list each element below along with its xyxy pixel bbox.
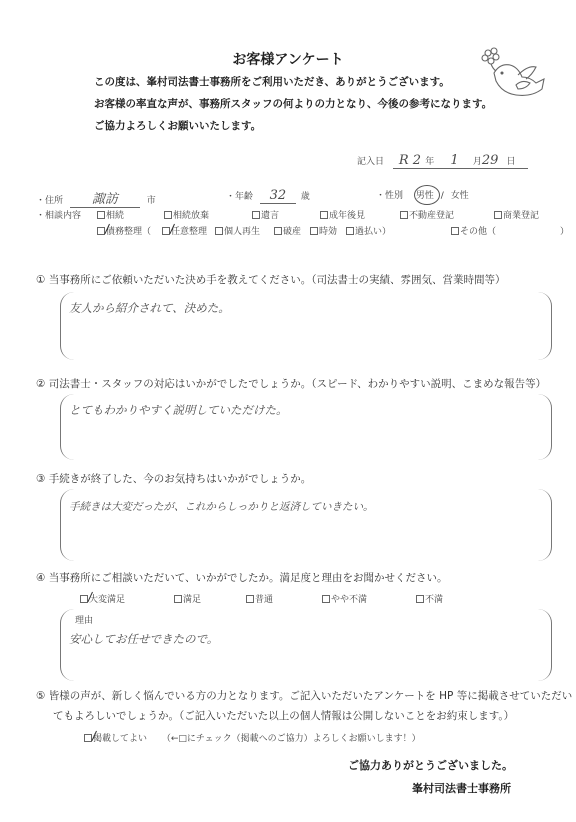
satisfaction-satisfied[interactable]: 満足 <box>174 592 201 605</box>
entry-date-label: 記入日 <box>357 157 384 167</box>
question-text: 手続きが終了した、今のお気持ちはいかがでしょうか。 <box>49 473 312 485</box>
day-suffix: 日 <box>507 157 516 167</box>
bird-with-flower-icon <box>478 45 558 101</box>
checkbox[interactable] <box>174 595 182 603</box>
age-input[interactable]: 32 <box>260 188 296 204</box>
consult-option-jikou[interactable]: 時効 <box>310 224 337 237</box>
answer-box-1[interactable]: 友人から紹介されて、決めた。 <box>60 292 552 360</box>
consult-option-saimu[interactable]: 債務整理（ <box>97 224 151 237</box>
consult-option-shougyou[interactable]: 商業登記 <box>494 208 539 221</box>
option-label: やや不満 <box>331 595 367 605</box>
gender-option-female[interactable]: 女性 <box>451 191 469 201</box>
option-label: 普通 <box>255 595 273 605</box>
age-suffix: 歳 <box>301 192 310 202</box>
option-label: 成年後見 <box>329 211 365 221</box>
intro-line-1: この度は、峯村司法書士事務所をご利用いただき、ありがとうございます。 <box>94 74 450 89</box>
checkbox[interactable] <box>252 211 260 219</box>
checkbox[interactable] <box>346 227 354 235</box>
answer-box-2[interactable]: とてもわかりやすく説明していただけた。 <box>60 394 552 460</box>
checkbox[interactable] <box>97 211 105 219</box>
question-number: ① <box>36 274 45 286</box>
consult-option-fudousan[interactable]: 不動産登記 <box>400 208 454 221</box>
option-label: 破産 <box>283 227 301 237</box>
option-label: 任意整理 <box>171 227 207 237</box>
consent-label: 掲載してよい <box>93 734 147 744</box>
consult-option-nini[interactable]: 任意整理 <box>162 224 207 237</box>
selection-circle-icon <box>414 185 440 205</box>
option-label: 遺言 <box>261 211 279 221</box>
question-3: ③ 手続きが終了した、今のお気持ちはいかがでしょうか。 <box>36 471 311 486</box>
question-number: ② <box>36 378 45 390</box>
address-label: ・住所 <box>36 196 63 206</box>
question-5-line-2: てもよろしいでしょうか。（ご記入いただいた以上の個人情報は公開しないことをお約束… <box>53 708 514 723</box>
answer-box-4[interactable]: 理由 安心してお任せできたので。 <box>60 609 552 681</box>
checkbox-checked[interactable] <box>80 595 88 603</box>
question-text: 当事務所にご相談いただいて、いかがでしたか。満足度と理由をお聞かせください。 <box>49 572 448 584</box>
answer-box-3[interactable]: 手続きは大変だったが、これからしっかりと返済していきたい。 <box>60 489 552 561</box>
office-name: 峯村司法書士事務所 <box>412 780 511 796</box>
option-label: 債務整理（ <box>106 227 151 237</box>
other-close-bracket: ） <box>560 224 569 237</box>
satisfaction-dissatisfied[interactable]: 不満 <box>416 592 443 605</box>
thanks-message: ご協力ありがとうございました。 <box>348 757 513 773</box>
question-2: ② 司法書士・スタッフの対応はいかがでしたでしょうか。（スピード、わかりやすい説… <box>36 376 546 391</box>
question-text: 司法書士・スタッフの対応はいかがでしたでしょうか。（スピード、わかりやすい説明、… <box>49 378 546 390</box>
address-suffix: 市 <box>147 196 156 206</box>
satisfaction-very-satisfied[interactable]: 大変満足 <box>80 592 125 605</box>
satisfaction-neutral[interactable]: 普通 <box>246 592 273 605</box>
checkbox-checked[interactable] <box>84 734 92 742</box>
checkbox[interactable] <box>310 227 318 235</box>
checkbox[interactable] <box>416 595 424 603</box>
publish-consent[interactable]: 掲載してよい （←□にチェック（掲載へのご協力）よろしくお願いします！） <box>84 731 421 744</box>
intro-line-2: お客様の率直な声が、事務所スタッフの何よりの力となり、今後の参考になります。 <box>94 96 492 111</box>
checkbox-checked[interactable] <box>97 227 105 235</box>
year-suffix: 年 <box>425 157 434 167</box>
gender-field: ・性別 男性 / 女性 <box>376 188 469 201</box>
answer-text: とてもわかりやすく説明していただけた。 <box>69 402 288 418</box>
option-label: 相続 <box>106 211 124 221</box>
consultation-label: ・相談内容 <box>36 208 81 221</box>
question-text: 当事務所にご依頼いただいた決め手を教えてください。（司法書士の実績、雰囲気、営業… <box>49 274 506 286</box>
question-number: ⑤ <box>36 690 45 702</box>
entry-date-field[interactable]: R 2 年 1 月29 日 <box>393 153 528 169</box>
option-label: 個人再生 <box>224 227 260 237</box>
checkbox[interactable] <box>274 227 282 235</box>
month-value: 1 <box>450 153 458 168</box>
checkbox[interactable] <box>400 211 408 219</box>
age-label: ・年齢 <box>226 192 253 202</box>
answer-text: 友人から紹介されて、決めた。 <box>69 300 230 316</box>
option-label: 満足 <box>183 595 201 605</box>
checkbox[interactable] <box>246 595 254 603</box>
era-year-value: R 2 <box>399 153 421 168</box>
option-label: 時効 <box>319 227 337 237</box>
reason-label: 理由 <box>75 613 93 626</box>
checkbox[interactable] <box>451 227 459 235</box>
answer-text: 安心してお任せできたので。 <box>69 631 218 647</box>
consult-option-seinen-kouken[interactable]: 成年後見 <box>320 208 365 221</box>
age-field: ・年齢 32 歳 <box>226 188 310 204</box>
answer-text: 手続きは大変だったが、これからしっかりと返済していきたい。 <box>69 499 374 514</box>
address-field: ・住所 諏訪 市 <box>36 188 156 208</box>
question-number: ③ <box>36 473 45 485</box>
consult-option-other[interactable]: その他（ <box>451 224 496 237</box>
checkbox[interactable] <box>494 211 502 219</box>
option-label: 大変満足 <box>89 595 125 605</box>
consult-option-yuigon[interactable]: 遺言 <box>252 208 279 221</box>
option-label: 不満 <box>425 595 443 605</box>
checkbox[interactable] <box>322 595 330 603</box>
option-label: 不動産登記 <box>409 211 454 221</box>
option-label: その他（ <box>460 227 496 237</box>
option-label: 過払い） <box>355 227 391 237</box>
gender-separator: / <box>441 191 444 201</box>
consult-option-hasan[interactable]: 破産 <box>274 224 301 237</box>
entry-date: 記入日 R 2 年 1 月29 日 <box>357 153 528 169</box>
consult-option-kojin-saisei[interactable]: 個人再生 <box>215 224 260 237</box>
gender-option-male[interactable]: 男性 <box>416 191 437 201</box>
question-4: ④ 当事務所にご相談いただいて、いかがでしたか。満足度と理由をお聞かせください。 <box>36 570 448 585</box>
option-label: 相続放棄 <box>173 211 209 221</box>
option-label: 商業登記 <box>503 211 539 221</box>
checkbox[interactable] <box>215 227 223 235</box>
question-number: ④ <box>36 572 45 584</box>
checkbox[interactable] <box>164 211 172 219</box>
intro-line-3: ご協力よろしくお願いいたします。 <box>94 118 261 133</box>
address-input[interactable]: 諏訪 <box>70 188 140 208</box>
question-1: ① 当事務所にご依頼いただいた決め手を教えてください。（司法書士の実績、雰囲気、… <box>36 272 506 287</box>
question-text-line-1: 皆様の声が、新しく悩んでいる方の力となります。ご記入いただいたアンケートを HP… <box>49 690 572 702</box>
question-5: ⑤ 皆様の声が、新しく悩んでいる方の力となります。ご記入いただいたアンケートを … <box>36 688 572 703</box>
consult-option-souzoku-houki[interactable]: 相続放棄 <box>164 208 209 221</box>
month-suffix: 月 <box>473 157 482 167</box>
day-value: 29 <box>482 153 499 168</box>
checkbox[interactable] <box>320 211 328 219</box>
gender-label: ・性別 <box>376 191 403 201</box>
checkbox-checked[interactable] <box>162 227 170 235</box>
consult-option-kabarai[interactable]: 過払い） <box>346 224 391 237</box>
consent-note: （←□にチェック（掲載へのご協力）よろしくお願いします！） <box>162 734 421 744</box>
consult-option-souzoku[interactable]: 相続 <box>97 208 124 221</box>
satisfaction-somewhat-dissatisfied[interactable]: やや不満 <box>322 592 367 605</box>
